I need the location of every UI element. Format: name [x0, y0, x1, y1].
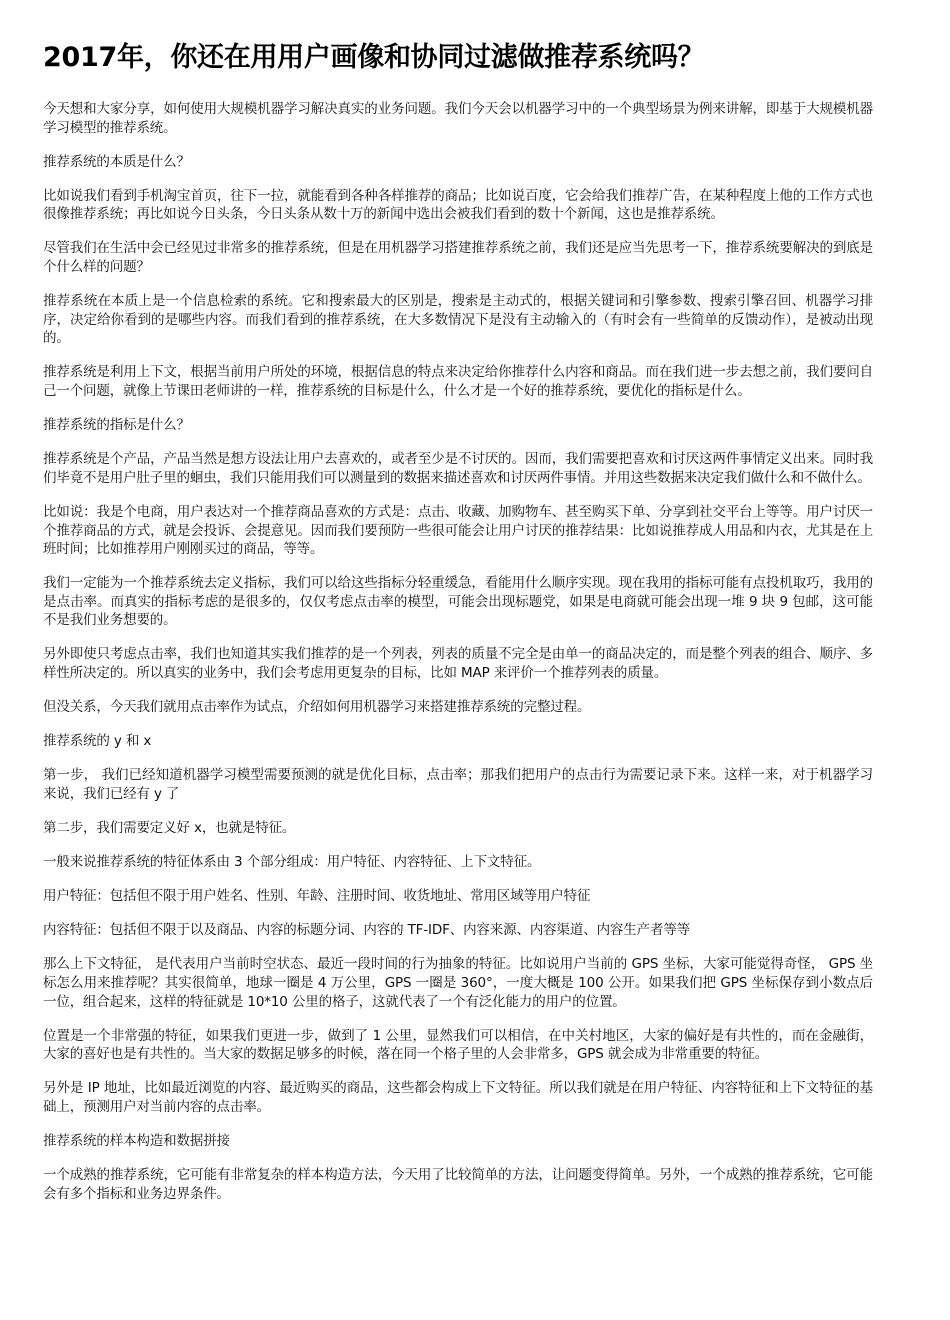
section-heading-metrics: 推荐系统的指标是什么？: [43, 416, 873, 435]
body-paragraph: 位置是一个非常强的特征，如果我们更进一步，做到了 1 公里，显然我们可以相信，在…: [43, 1027, 873, 1064]
body-paragraph: 尽管我们在生活中会已经见过非常多的推荐系统，但是在用机器学习搭建推荐系统之前，我…: [43, 239, 873, 276]
article-title: 2017年，你还在用用户画像和协同过滤做推荐系统吗？: [43, 40, 873, 76]
body-paragraph: 比如说我们看到手机淘宝首页，往下一拉，就能看到各种各样推荐的商品；比如说百度，它…: [43, 187, 873, 224]
body-paragraph: 推荐系统是利用上下文，根据当前用户所处的环境，根据信息的特点来决定给你推荐什么内…: [43, 363, 873, 400]
body-paragraph: 第一步， 我们已经知道机器学习模型需要预测的就是优化目标，点击率；那我们把用户的…: [43, 766, 873, 803]
section-heading-y-and-x: 推荐系统的 y 和 x: [43, 732, 873, 751]
body-paragraph: 一个成熟的推荐系统，它可能有非常复杂的样本构造方法，今天用了比较简单的方法，让问…: [43, 1166, 873, 1203]
body-paragraph: 另外是 IP 地址，比如最近浏览的内容、最近购买的商品，这些都会构成上下文特征。…: [43, 1079, 873, 1116]
intro-paragraph: 今天想和大家分享，如何使用大规模机器学习解决真实的业务问题。我们今天会以机器学习…: [43, 100, 873, 137]
section-heading-essence: 推荐系统的本质是什么？: [43, 153, 873, 172]
body-paragraph: 我们一定能为一个推荐系统去定义指标，我们可以给这些指标分轻重缓急，看能用什么顺序…: [43, 574, 873, 630]
body-paragraph: 用户特征：包括但不限于用户姓名、性别、年龄、注册时间、收货地址、常用区域等用户特…: [43, 887, 873, 906]
body-paragraph: 但没关系，今天我们就用点击率作为试点，介绍如何用机器学习来搭建推荐系统的完整过程…: [43, 698, 873, 717]
body-paragraph: 内容特征：包括但不限于以及商品、内容的标题分词、内容的 TF-IDF、内容来源、…: [43, 921, 873, 940]
section-heading-samples: 推荐系统的样本构造和数据拼接: [43, 1132, 873, 1151]
body-paragraph: 推荐系统是个产品，产品当然是想方设法让用户去喜欢的，或者至少是不讨厌的。因而，我…: [43, 450, 873, 487]
body-paragraph: 一般来说推荐系统的特征体系由 3 个部分组成：用户特征、内容特征、上下文特征。: [43, 853, 873, 872]
body-paragraph: 另外即使只考虑点击率，我们也知道其实我们推荐的是一个列表，列表的质量不完全是由单…: [43, 645, 873, 682]
body-paragraph: 推荐系统在本质上是一个信息检索的系统。它和搜索最大的区别是，搜索是主动式的，根据…: [43, 292, 873, 348]
document-page: 2017年，你还在用用户画像和协同过滤做推荐系统吗？ 今天想和大家分享，如何使用…: [43, 40, 873, 1219]
body-paragraph: 那么上下文特征， 是代表用户当前时空状态、最近一段时间的行为抽象的特征。比如说用…: [43, 955, 873, 1011]
body-paragraph: 比如说：我是个电商，用户表达对一个推荐商品喜欢的方式是：点击、收藏、加购物车、甚…: [43, 503, 873, 559]
body-paragraph: 第二步，我们需要定义好 x，也就是特征。: [43, 819, 873, 838]
